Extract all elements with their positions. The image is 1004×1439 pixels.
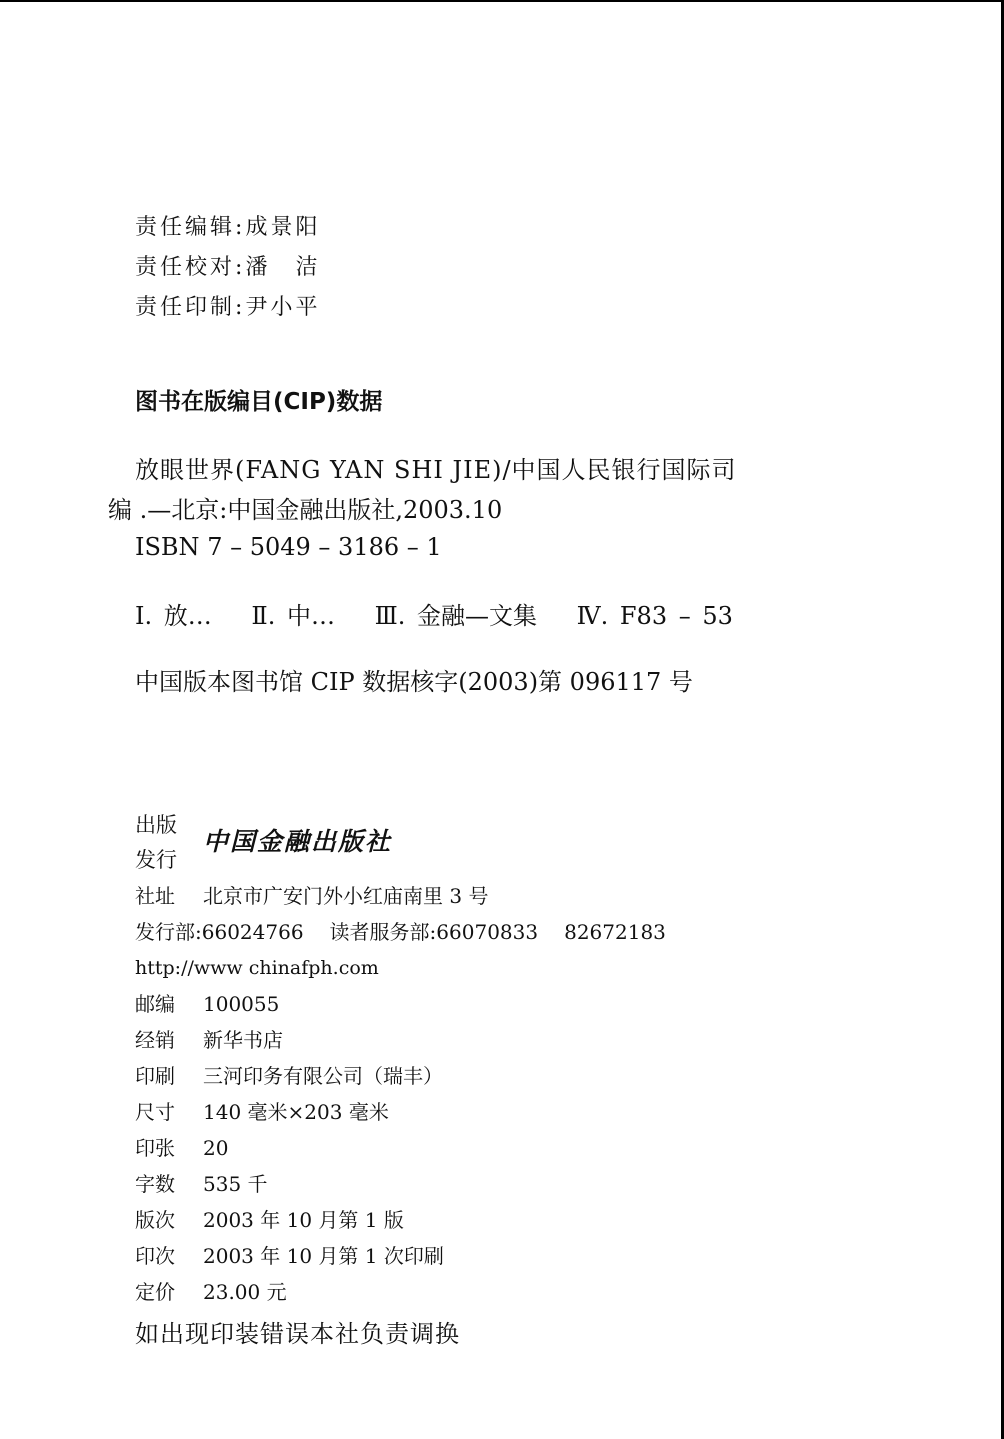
detail-label: 邮编 bbox=[135, 986, 203, 1022]
cip-record-number: 中国版本图书馆 CIP 数据核字(2003)第 096117 号 bbox=[135, 662, 693, 697]
classification-item: Ⅱ. 中… bbox=[251, 602, 335, 630]
website-link[interactable]: http://www chinafph.com bbox=[135, 950, 379, 986]
credit-editor: 责任编辑:成景阳 bbox=[135, 208, 320, 248]
credit-printing: 责任印制:尹小平 bbox=[135, 288, 320, 328]
cip-heading: 图书在版编目(CIP)数据 bbox=[135, 383, 382, 416]
detail-label: 版次 bbox=[135, 1202, 203, 1238]
website-row: http://www chinafph.com bbox=[135, 950, 666, 986]
distribution-dept-phone: 66024766 bbox=[202, 914, 304, 950]
credit-separator: : bbox=[235, 255, 245, 280]
credit-proofreader: 责任校对:潘 洁 bbox=[135, 248, 320, 288]
detail-value: 23.00 元 bbox=[203, 1274, 287, 1310]
credit-label: 责任印制 bbox=[135, 295, 235, 320]
detail-row-size: 尺寸 140 毫米×203 毫米 bbox=[135, 1094, 666, 1130]
cip-isbn: ISBN 7 – 5049 – 3186 – 1 bbox=[135, 533, 442, 561]
classification-item: Ⅳ. F83 – 53 bbox=[577, 602, 733, 630]
detail-label: 印张 bbox=[135, 1130, 203, 1166]
detail-label: 印刷 bbox=[135, 1058, 203, 1094]
replacement-notice: 如出现印装错误本社负责调换 bbox=[135, 1314, 460, 1349]
detail-value: 新华书店 bbox=[203, 1022, 283, 1058]
detail-row-edition: 版次 2003 年 10 月第 1 版 bbox=[135, 1202, 666, 1238]
detail-label: 尺寸 bbox=[135, 1094, 203, 1130]
detail-label: 经销 bbox=[135, 1022, 203, 1058]
detail-value: 535 千 bbox=[203, 1166, 268, 1202]
detail-row-wordcount: 字数 535 千 bbox=[135, 1166, 666, 1202]
credit-label: 责任校对 bbox=[135, 255, 235, 280]
staff-credits: 责任编辑:成景阳 责任校对:潘 洁 责任印制:尹小平 bbox=[135, 208, 320, 328]
label-distribute: 发行 bbox=[135, 843, 177, 878]
phone-row: 发行部:66024766 读者服务部:66070833 82672183 bbox=[135, 914, 666, 950]
cip-publisher-line: 编 .—北京:中国金融出版社,2003.10 bbox=[108, 490, 502, 525]
publication-details: 社址 北京市广安门外小红庙南里 3 号 发行部:66024766 读者服务部:6… bbox=[135, 878, 666, 1310]
credit-value: 潘 洁 bbox=[245, 255, 320, 280]
address-row: 社址 北京市广安门外小红庙南里 3 号 bbox=[135, 878, 666, 914]
classification-item: Ⅲ. 金融—文集 bbox=[375, 602, 537, 630]
detail-label: 定价 bbox=[135, 1274, 203, 1310]
detail-row-price: 定价 23.00 元 bbox=[135, 1274, 666, 1310]
reader-service-phone: 66070833 bbox=[436, 914, 538, 950]
credit-value: 尹小平 bbox=[245, 295, 320, 320]
detail-label: 字数 bbox=[135, 1166, 203, 1202]
cip-classification: Ⅰ. 放… Ⅱ. 中… Ⅲ. 金融—文集 Ⅳ. F83 – 53 bbox=[135, 596, 761, 631]
detail-value: 2003 年 10 月第 1 次印刷 bbox=[203, 1238, 444, 1274]
detail-label: 印次 bbox=[135, 1238, 203, 1274]
detail-label: 社址 bbox=[135, 878, 203, 914]
credit-separator: : bbox=[235, 215, 245, 240]
credit-separator: : bbox=[235, 295, 245, 320]
detail-value: 北京市广安门外小红庙南里 3 号 bbox=[203, 878, 488, 914]
reader-service-label: 读者服务部 bbox=[330, 914, 430, 950]
classification-item: Ⅰ. 放… bbox=[135, 602, 212, 630]
detail-row-printing: 印次 2003 年 10 月第 1 次印刷 bbox=[135, 1238, 666, 1274]
page-border-top bbox=[0, 0, 1004, 2]
detail-value: 2003 年 10 月第 1 版 bbox=[203, 1202, 404, 1238]
detail-row-printer: 印刷 三河印务有限公司（瑞丰） bbox=[135, 1058, 666, 1094]
reader-service-phone-2: 82672183 bbox=[564, 914, 666, 950]
detail-row-postcode: 邮编 100055 bbox=[135, 986, 666, 1022]
detail-value: 100055 bbox=[203, 986, 279, 1022]
detail-value: 140 毫米×203 毫米 bbox=[203, 1094, 389, 1130]
detail-value: 三河印务有限公司（瑞丰） bbox=[203, 1058, 443, 1094]
publisher-logo: 中国金融出版社 bbox=[203, 822, 392, 858]
credit-label: 责任编辑 bbox=[135, 215, 235, 240]
detail-row-distributor: 经销 新华书店 bbox=[135, 1022, 666, 1058]
detail-row-sheets: 印张 20 bbox=[135, 1130, 666, 1166]
publish-distribute-labels: 出版 发行 bbox=[135, 808, 177, 878]
credit-value: 成景阳 bbox=[245, 215, 320, 240]
label-publish: 出版 bbox=[135, 808, 177, 843]
detail-value: 20 bbox=[203, 1130, 228, 1166]
cip-title-line: 放眼世界(FANG YAN SHI JIE)/中国人民银行国际司 bbox=[135, 450, 737, 485]
distribution-dept-label: 发行部 bbox=[135, 914, 195, 950]
